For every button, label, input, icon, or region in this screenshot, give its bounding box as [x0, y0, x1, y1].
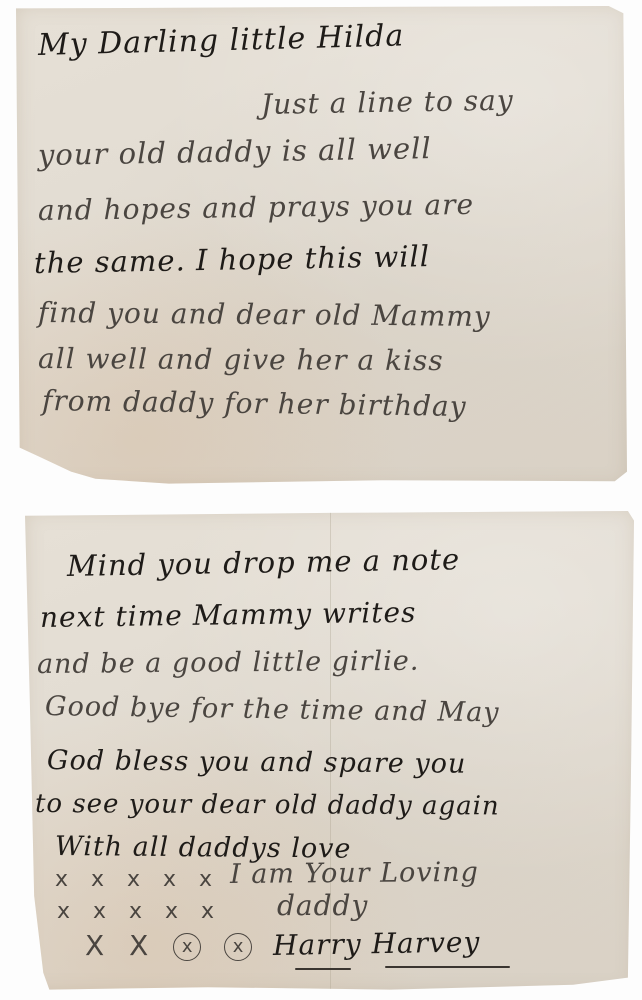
letter-line: from daddy for her birthday [42, 384, 467, 423]
letter-line: the same. I hope this will [34, 239, 431, 280]
sign-off-daddy: daddy [277, 889, 368, 922]
letter-line: find you and dear old Mammy [38, 296, 491, 333]
kisses-row-2: x x x x x [57, 899, 222, 924]
letter-line: all well and give her a kiss [38, 342, 444, 377]
letter-line: next time Mammy writes [40, 596, 417, 634]
letter-line: God bless you and spare you [47, 745, 467, 780]
letter-line: Good bye for the time and May [45, 691, 500, 728]
letter-line: Mind you drop me a note [67, 542, 461, 583]
sign-off-line: I am Your Loving [230, 857, 479, 890]
letter-page-1: My Darling little Hilda Just a line to s… [16, 6, 627, 486]
kisses-row-1: x x x x x [55, 867, 220, 892]
kisses-plain: X X [85, 929, 156, 962]
letter-line: your old daddy is all well [38, 131, 432, 172]
letter-line: to see your dear old daddy again [35, 789, 500, 821]
letter-page-2: Mind you drop me a note next time Mammy … [25, 511, 634, 992]
signature-underline-last [385, 966, 510, 968]
kisses-row-3: X X x x [85, 929, 258, 962]
letter-line: and hopes and prays you are [38, 188, 475, 227]
circled-kiss: x [173, 933, 201, 961]
signature: Harry Harvey [273, 925, 481, 962]
letter-line: Just a line to say [261, 84, 514, 121]
salutation: My Darling little Hilda [38, 18, 405, 63]
signature-underline-first [295, 968, 351, 970]
letter-line: and be a good little girlie. [37, 646, 420, 680]
circled-kiss: x [224, 933, 252, 961]
